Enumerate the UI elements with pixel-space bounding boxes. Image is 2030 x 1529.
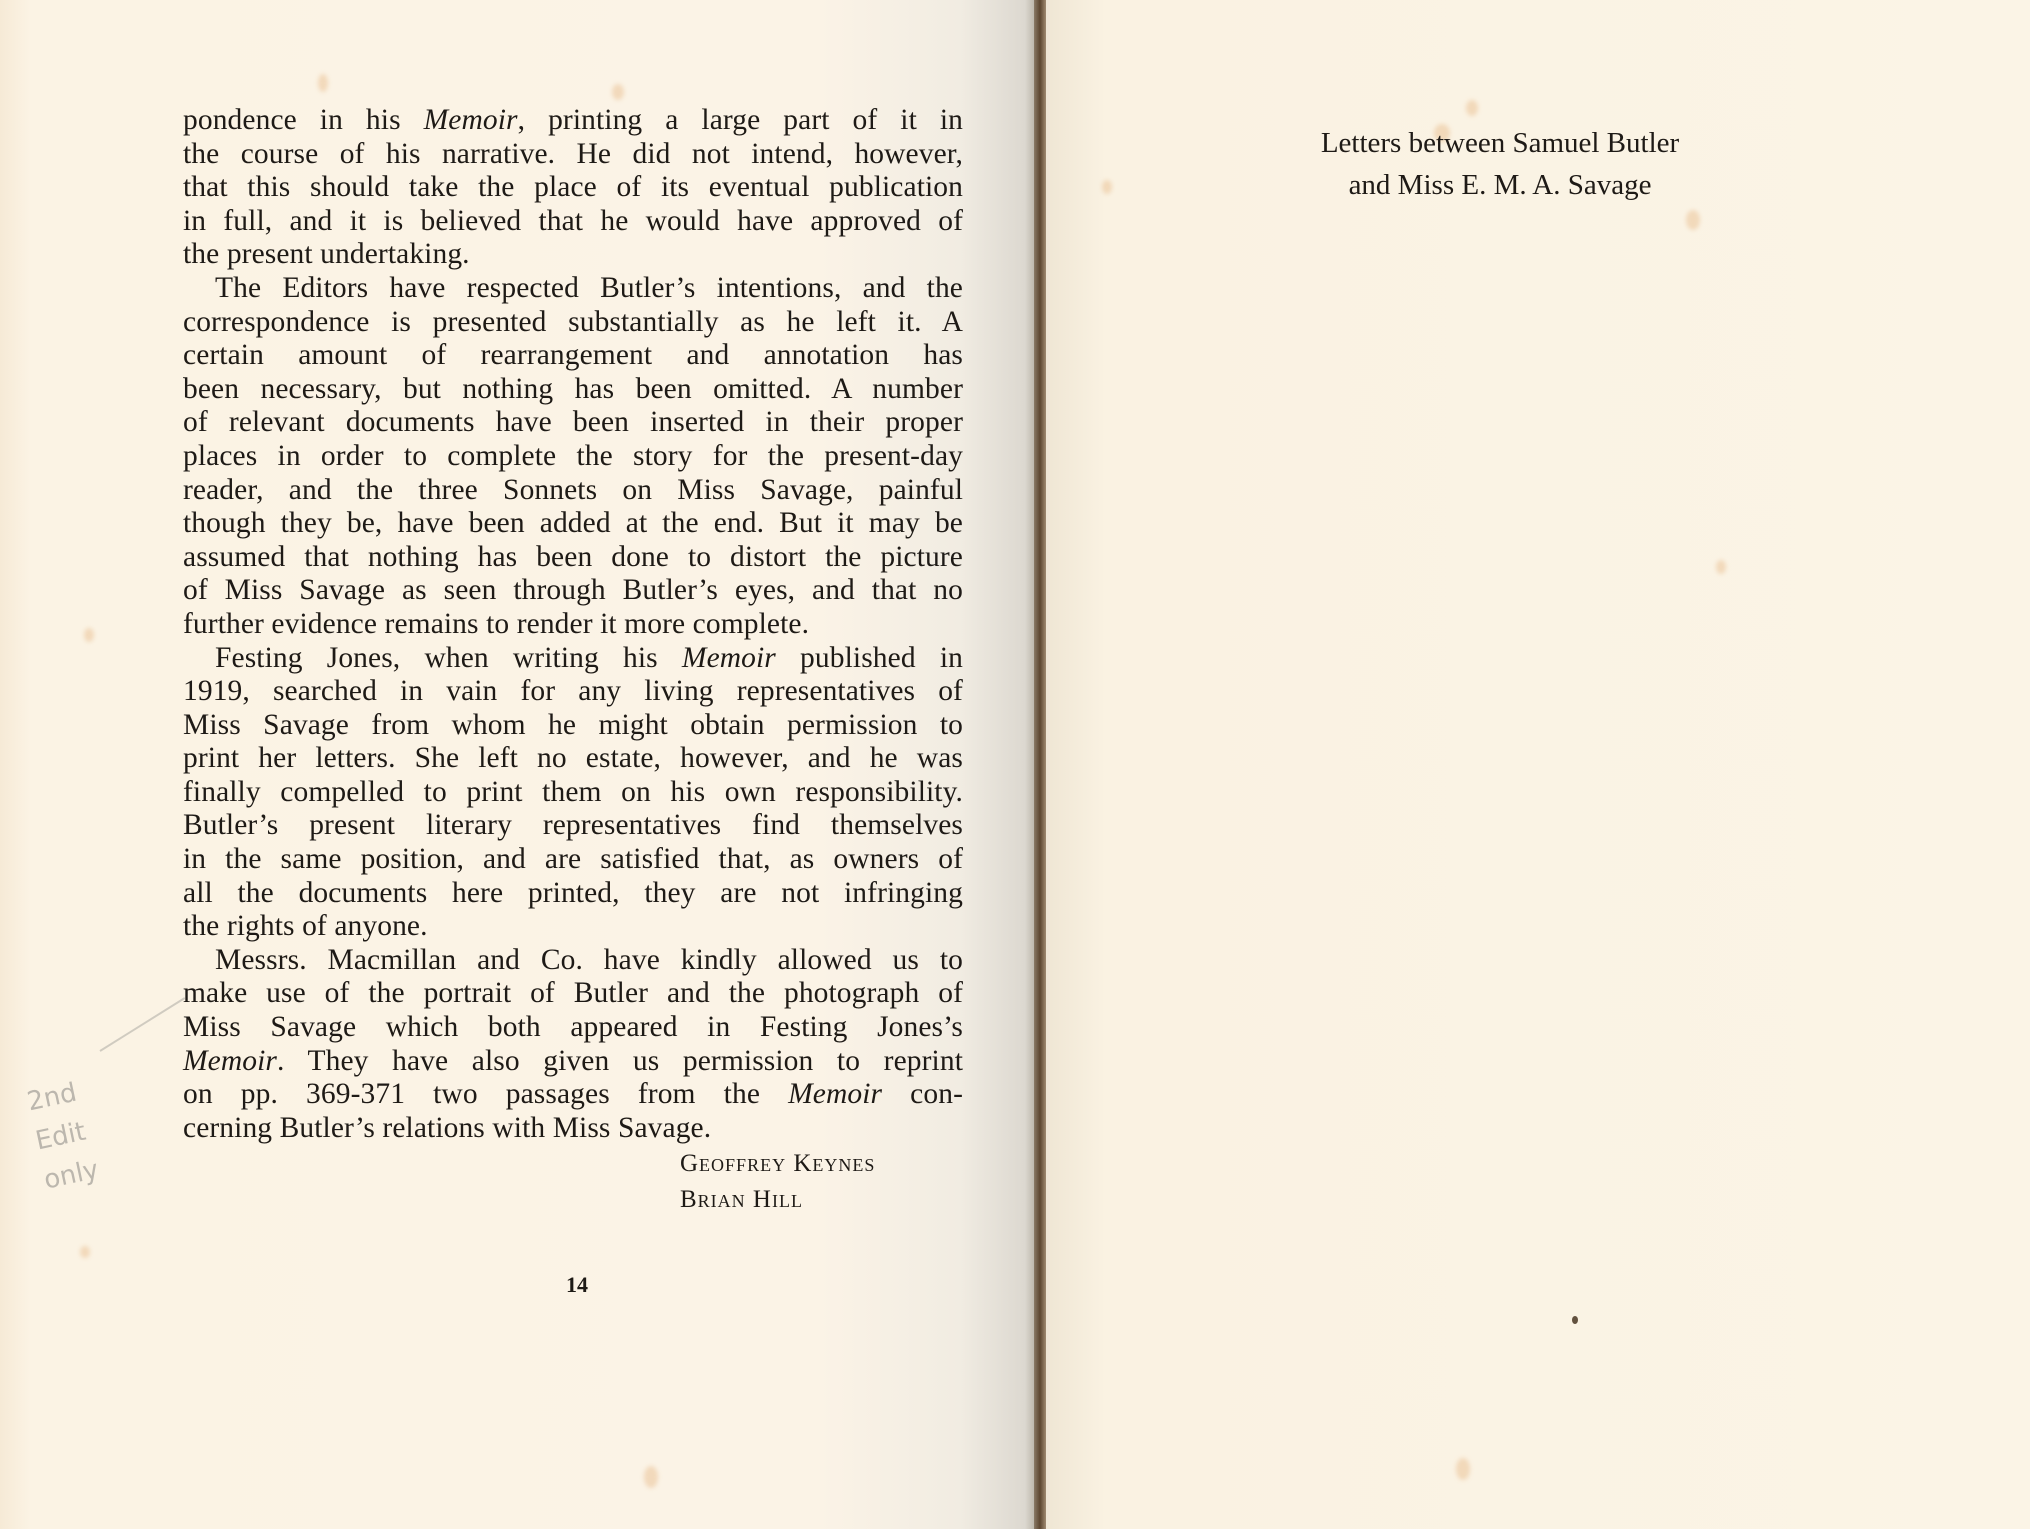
paragraph: Messrs. Macmillan and Co. have kindly al…: [183, 944, 963, 1146]
text-line: print her letters. She left no estate, h…: [183, 742, 963, 776]
text-line: the present undertaking.: [183, 238, 963, 272]
paragraph: Festing Jones, when writing his Memoir p…: [183, 642, 963, 944]
text-line: in full, and it is believed that he woul…: [183, 205, 963, 239]
title-line: and Miss E. M. A. Savage: [1250, 164, 1750, 206]
foxing-spot: [1466, 100, 1478, 116]
text-line: of Miss Savage as seen through Butler’s …: [183, 574, 963, 608]
foxing-spot: [612, 84, 624, 100]
book-gutter: [1034, 0, 1046, 1529]
right-page: [1046, 0, 2030, 1529]
title-line: Letters between Samuel Butler: [1250, 122, 1750, 164]
italic-title: Memoir: [183, 1045, 277, 1077]
italic-title: Memoir: [682, 642, 776, 674]
foxing-spot: [1686, 210, 1700, 230]
text-line: Miss Savage from whom he might obtain pe…: [183, 709, 963, 743]
text-line: that this should take the place of its e…: [183, 171, 963, 205]
text-line: of relevant documents have been inserted…: [183, 406, 963, 440]
body-text: pondence in his Memoir, printing a large…: [183, 104, 963, 1145]
foxing-spot: [1716, 560, 1726, 574]
text-line: further evidence remains to render it mo…: [183, 608, 963, 642]
text-line: certain amount of rearrangement and anno…: [183, 339, 963, 373]
foxing-spot: [1572, 1316, 1578, 1324]
left-page: pondence in his Memoir, printing a large…: [0, 0, 1040, 1529]
text-line: the rights of anyone.: [183, 910, 963, 944]
text-line: on pp. 369-371 two passages from the Mem…: [183, 1078, 963, 1112]
text-line: though they be, have been added at the e…: [183, 507, 963, 541]
text-line: reader, and the three Sonnets on Miss Sa…: [183, 474, 963, 508]
foxing-spot: [1456, 1458, 1470, 1480]
text-line: 1919, searched in vain for any living re…: [183, 675, 963, 709]
text-line: finally compelled to print them on his o…: [183, 776, 963, 810]
italic-title: Memoir: [788, 1078, 882, 1110]
pencil-annotation: 2nd Edit only: [24, 1060, 163, 1230]
text-line: Memoir. They have also given us permissi…: [183, 1045, 963, 1079]
text-line: been necessary, but nothing has been omi…: [183, 373, 963, 407]
text-line: places in order to complete the story fo…: [183, 440, 963, 474]
text-line: Miss Savage which both appeared in Festi…: [183, 1011, 963, 1045]
pencil-stroke: [99, 997, 185, 1052]
foxing-spot: [318, 74, 328, 92]
text-line: Festing Jones, when writing his Memoir p…: [183, 642, 963, 676]
text-line: make use of the portrait of Butler and t…: [183, 977, 963, 1011]
text-line: in the same position, and are satisfied …: [183, 843, 963, 877]
editors-signature: Geoffrey Keynes Brian Hill: [680, 1146, 875, 1218]
text-line: Butler’s present literary representative…: [183, 809, 963, 843]
foxing-spot: [644, 1466, 658, 1488]
foxing-spot: [1102, 180, 1112, 194]
text-line: all the documents here printed, they are…: [183, 877, 963, 911]
foxing-spot: [84, 628, 94, 642]
text-line: assumed that nothing has been done to di…: [183, 541, 963, 575]
foxing-spot: [80, 1246, 90, 1258]
italic-title: Memoir: [424, 104, 518, 136]
text-line: Messrs. Macmillan and Co. have kindly al…: [183, 944, 963, 978]
text-line: The Editors have respected Butler’s inte…: [183, 272, 963, 306]
page-number: 14: [566, 1272, 588, 1298]
text-line: the course of his narrative. He did not …: [183, 138, 963, 172]
book-spread: pondence in his Memoir, printing a large…: [0, 0, 2030, 1529]
paragraph: The Editors have respected Butler’s inte…: [183, 272, 963, 642]
section-title: Letters between Samuel Butler and Miss E…: [1250, 122, 1750, 206]
text-line: correspondence is presented substantiall…: [183, 306, 963, 340]
editor-name: Geoffrey Keynes: [680, 1146, 875, 1182]
editor-name: Brian Hill: [680, 1182, 875, 1218]
paragraph: pondence in his Memoir, printing a large…: [183, 104, 963, 272]
text-line: pondence in his Memoir, printing a large…: [183, 104, 963, 138]
text-line: cerning Butler’s relations with Miss Sav…: [183, 1112, 963, 1146]
